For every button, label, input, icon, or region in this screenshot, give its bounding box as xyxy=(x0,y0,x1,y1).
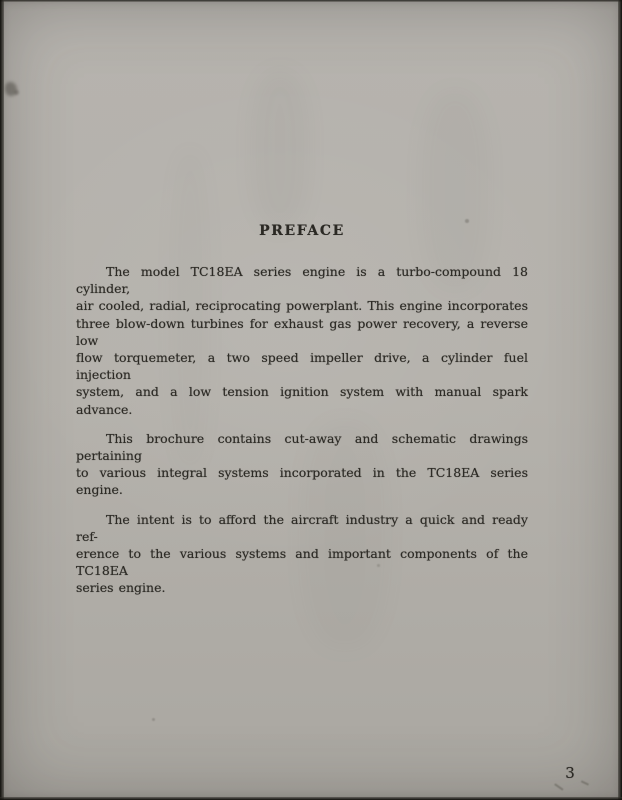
scanned-page: PREFACE The model TC18EA series engine i… xyxy=(0,0,622,800)
paper-speck xyxy=(152,718,155,721)
text-line: series engine. xyxy=(76,579,528,596)
paragraph-1: The model TC18EA series engine is a turb… xyxy=(76,263,528,418)
paper-scratch xyxy=(554,783,563,790)
text-line: The intent is to afford the aircraft ind… xyxy=(76,511,528,545)
preface-text-block: PREFACE The model TC18EA series engine i… xyxy=(76,223,528,597)
paper-speck xyxy=(14,90,19,95)
text-line: system, and a low tension ignition syste… xyxy=(76,383,528,417)
preface-title: PREFACE xyxy=(76,223,528,239)
text-line: flow torquemeter, a two speed impeller d… xyxy=(76,349,528,383)
paragraph-3: The intent is to afford the aircraft ind… xyxy=(76,511,528,597)
page-number: 3 xyxy=(558,764,582,782)
paper-speck xyxy=(465,219,469,223)
paper-speck xyxy=(377,564,380,567)
text-line: to various integral systems incorporated… xyxy=(76,464,528,498)
paragraph-2: This brochure contains cut-away and sche… xyxy=(76,430,528,499)
text-line: air cooled, radial, reciprocating powerp… xyxy=(76,297,528,314)
text-line: three blow-down turbines for exhaust gas… xyxy=(76,315,528,349)
text-line: erence to the various systems and import… xyxy=(76,545,528,579)
bleedthrough-ghost xyxy=(250,70,310,230)
scan-edge-right xyxy=(618,0,622,800)
text-line: This brochure contains cut-away and sche… xyxy=(76,430,528,464)
scan-edge-left xyxy=(0,0,4,800)
paper-scratch xyxy=(581,780,589,785)
text-line: The model TC18EA series engine is a turb… xyxy=(76,263,528,297)
scan-edge-top xyxy=(0,0,622,2)
